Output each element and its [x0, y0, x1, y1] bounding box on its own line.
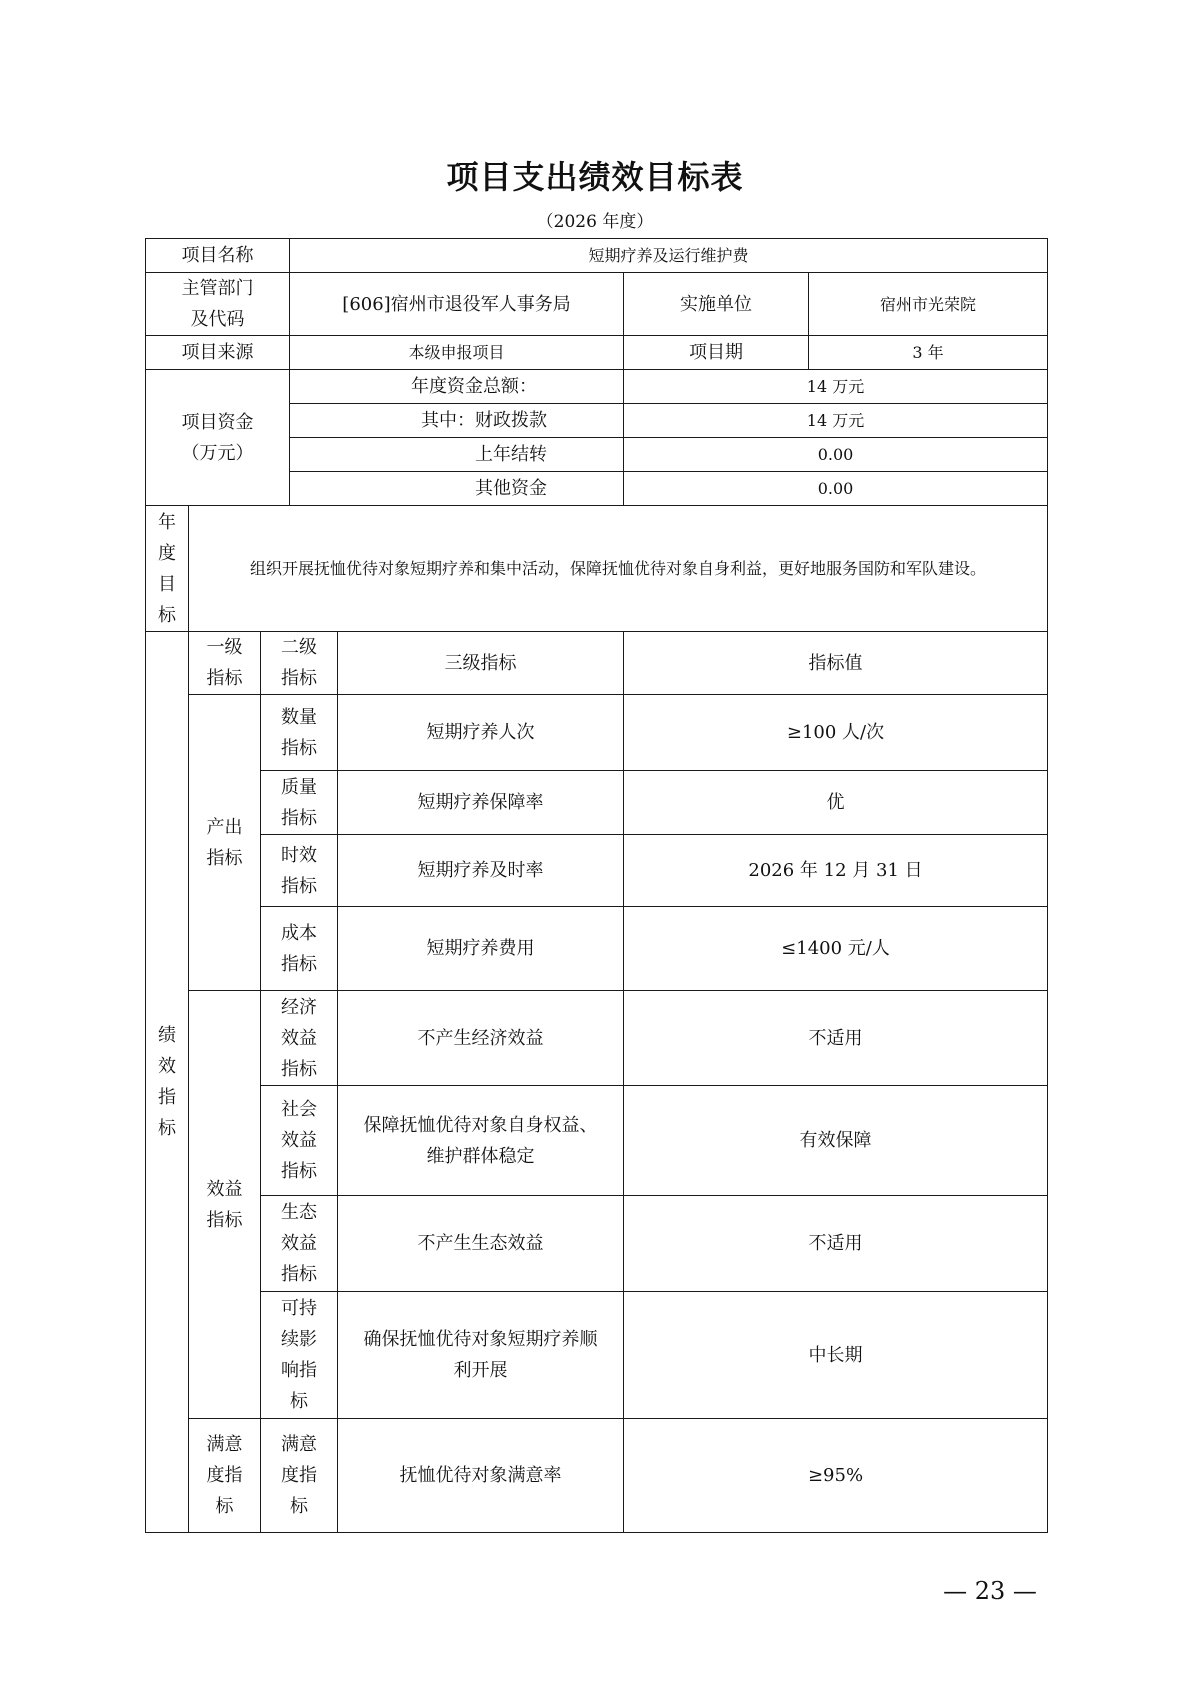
funding-row: 项目资金 （万元） 年度资金总额： 14 万元: [146, 370, 1048, 404]
level3-cell: 短期疗养及时率: [338, 835, 624, 907]
funding-item-value: 14 万元: [624, 404, 1048, 438]
indicator-row: 生态 效益 指标 不产生生态效益 不适用: [146, 1196, 1048, 1292]
indicator-value: ≥100 人/次: [624, 695, 1048, 771]
indicator-value: 有效保障: [624, 1086, 1048, 1196]
row-annual-goal: 年 度 目 标 组织开展抚恤优待对象短期疗养和集中活动，保障抚恤优待对象自身利益…: [146, 506, 1048, 632]
level2-cell: 满意 度指 标: [261, 1419, 338, 1533]
indicator-value: 不适用: [624, 991, 1048, 1086]
performance-section-label: 绩 效 指 标: [146, 632, 189, 1533]
indicator-value: 优: [624, 771, 1048, 835]
level1-satisfaction: 满意 度指 标: [189, 1419, 261, 1533]
indicator-value: ≥95%: [624, 1419, 1048, 1533]
level3-cell: 确保抚恤优待对象短期疗养顺 利开展: [338, 1292, 624, 1419]
indicator-row: 时效 指标 短期疗养及时率 2026 年 12 月 31 日: [146, 835, 1048, 907]
level2-cell: 质量 指标: [261, 771, 338, 835]
level2-cell: 生态 效益 指标: [261, 1196, 338, 1292]
level2-cell: 成本 指标: [261, 907, 338, 991]
indicator-row: 可持 续影 响指 标 确保抚恤优待对象短期疗养顺 利开展 中长期: [146, 1292, 1048, 1419]
level3-cell: 不产生生态效益: [338, 1196, 624, 1292]
header-level3: 三级指标: [338, 632, 624, 695]
funding-item-value: 0.00: [624, 438, 1048, 472]
level2-cell: 可持 续影 响指 标: [261, 1292, 338, 1419]
funding-item-label: 年度资金总额：: [290, 370, 624, 404]
level3-cell: 抚恤优待对象满意率: [338, 1419, 624, 1533]
header-level2: 二级 指标: [261, 632, 338, 695]
level3-cell: 保障抚恤优待对象自身权益、 维护群体稳定: [338, 1086, 624, 1196]
level1-benefit: 效益 指标: [189, 991, 261, 1419]
department-label: 主管部门 及代码: [146, 273, 290, 336]
funding-item-label: 其中：财政拨款: [290, 404, 624, 438]
indicator-row: 质量 指标 短期疗养保障率 优: [146, 771, 1048, 835]
level2-cell: 社会 效益 指标: [261, 1086, 338, 1196]
implementing-unit-label: 实施单位: [624, 273, 809, 336]
indicator-value: 中长期: [624, 1292, 1048, 1419]
indicator-row: 成本 指标 短期疗养费用 ≤1400 元/人: [146, 907, 1048, 991]
project-source-label: 项目来源: [146, 336, 290, 370]
level3-cell: 不产生经济效益: [338, 991, 624, 1086]
project-source-value: 本级申报项目: [290, 336, 624, 370]
indicator-row: 社会 效益 指标 保障抚恤优待对象自身权益、 维护群体稳定 有效保障: [146, 1086, 1048, 1196]
header-level1: 一级 指标: [189, 632, 261, 695]
header-value: 指标值: [624, 632, 1048, 695]
funding-item-label: 其他资金: [290, 472, 624, 506]
level2-cell: 数量 指标: [261, 695, 338, 771]
performance-goal-table: 项目名称 短期疗养及运行维护费 主管部门 及代码 [606]宿州市退役军人事务局…: [145, 238, 1048, 1533]
indicator-value: ≤1400 元/人: [624, 907, 1048, 991]
level3-cell: 短期疗养人次: [338, 695, 624, 771]
row-department: 主管部门 及代码 [606]宿州市退役军人事务局 实施单位 宿州市光荣院: [146, 273, 1048, 336]
row-project-source: 项目来源 本级申报项目 项目期 3 年: [146, 336, 1048, 370]
funding-label: 项目资金 （万元）: [146, 370, 290, 506]
level2-cell: 时效 指标: [261, 835, 338, 907]
indicator-row: 产出 指标 数量 指标 短期疗养人次 ≥100 人/次: [146, 695, 1048, 771]
project-name-value: 短期疗养及运行维护费: [290, 239, 1048, 273]
page-title: 项目支出绩效目标表: [0, 152, 1190, 198]
level3-cell: 短期疗养保障率: [338, 771, 624, 835]
level2-cell: 经济 效益 指标: [261, 991, 338, 1086]
row-project-name: 项目名称 短期疗养及运行维护费: [146, 239, 1048, 273]
year-subtitle: （2026 年度）: [0, 207, 1190, 232]
funding-item-value: 14 万元: [624, 370, 1048, 404]
indicator-row: 效益 指标 经济 效益 指标 不产生经济效益 不适用: [146, 991, 1048, 1086]
project-name-label: 项目名称: [146, 239, 290, 273]
department-value: [606]宿州市退役军人事务局: [290, 273, 624, 336]
indicator-header-row: 绩 效 指 标 一级 指标 二级 指标 三级指标 指标值: [146, 632, 1048, 695]
funding-item-value: 0.00: [624, 472, 1048, 506]
annual-goal-label: 年 度 目 标: [146, 506, 189, 632]
annual-goal-text: 组织开展抚恤优待对象短期疗养和集中活动，保障抚恤优待对象自身利益，更好地服务国防…: [189, 506, 1048, 632]
page-number: — 23 —: [930, 1577, 1050, 1605]
project-period-label: 项目期: [624, 336, 809, 370]
project-period-value: 3 年: [809, 336, 1048, 370]
indicator-row: 满意 度指 标 满意 度指 标 抚恤优待对象满意率 ≥95%: [146, 1419, 1048, 1533]
implementing-unit-value: 宿州市光荣院: [809, 273, 1048, 336]
level1-output: 产出 指标: [189, 695, 261, 991]
level3-cell: 短期疗养费用: [338, 907, 624, 991]
indicator-value: 不适用: [624, 1196, 1048, 1292]
funding-item-label: 上年结转: [290, 438, 624, 472]
indicator-value: 2026 年 12 月 31 日: [624, 835, 1048, 907]
